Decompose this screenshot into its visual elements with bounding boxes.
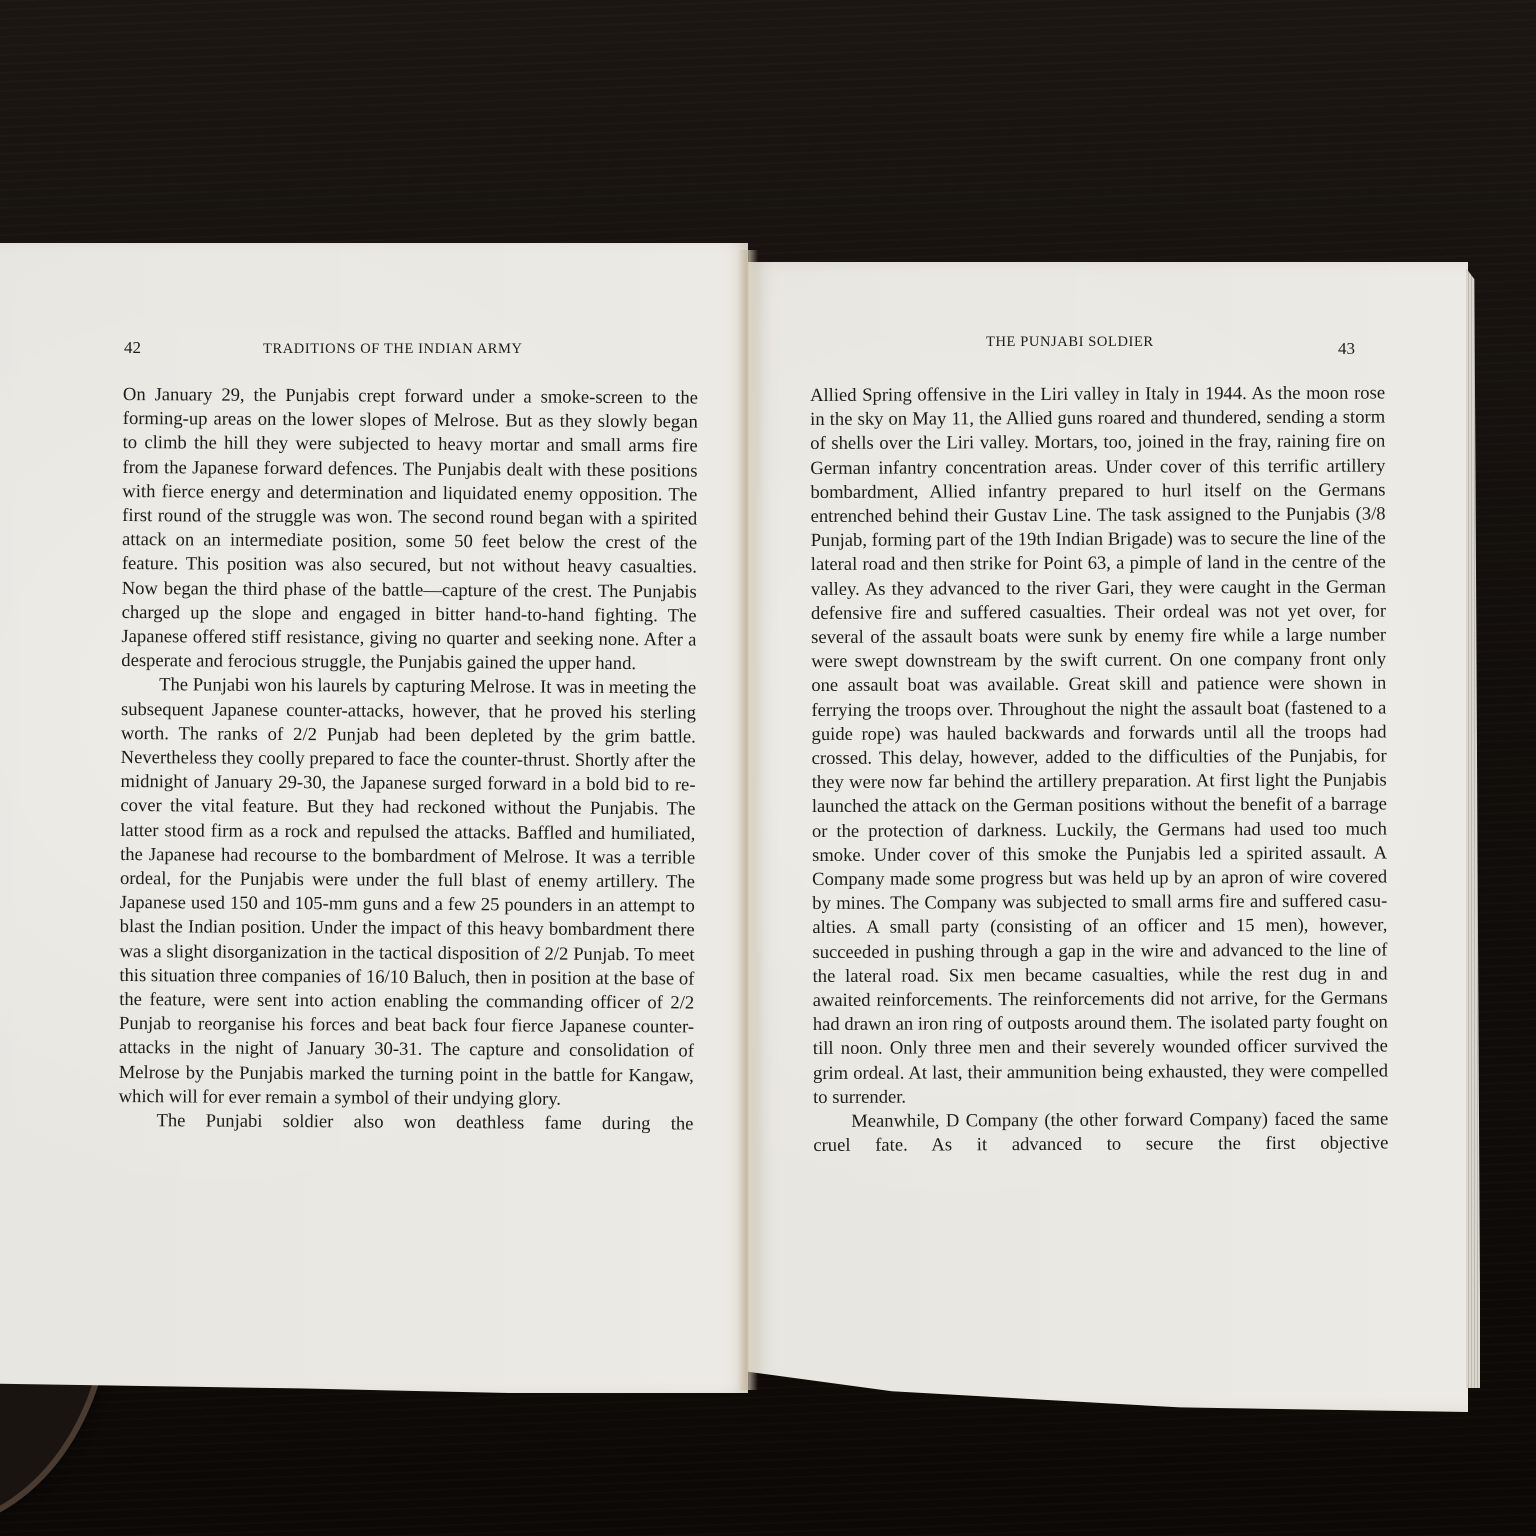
paragraph: On January 29, the Punjabis crept forwar… xyxy=(121,383,698,677)
right-page: THE PUNJABI SOLDIER 43 Allied Spring off… xyxy=(748,262,1468,1412)
left-page-body: On January 29, the Punjabis crept forwar… xyxy=(118,383,698,1137)
paragraph: The Punjabi won his laurels by capturing… xyxy=(119,673,697,1112)
left-running-head: TRADITIONS OF THE INDIAN ARMY xyxy=(263,341,523,358)
open-book: 42 TRADITIONS OF THE INDIAN ARMY On Janu… xyxy=(0,0,1536,1536)
right-page-number: 43 xyxy=(1338,339,1355,359)
left-page: 42 TRADITIONS OF THE INDIAN ARMY On Janu… xyxy=(0,243,748,1393)
paragraph: Allied Spring offensive in the Liri vall… xyxy=(810,381,1388,1110)
paragraph: Meanwhile, D Company (the other forward … xyxy=(813,1108,1388,1159)
page-edges xyxy=(1466,268,1480,1388)
paragraph: The Punjabi soldier also won deathless f… xyxy=(118,1109,693,1137)
right-page-body: Allied Spring offensive in the Liri vall… xyxy=(810,381,1388,1158)
left-page-number: 42 xyxy=(124,338,141,358)
right-running-head: THE PUNJABI SOLDIER xyxy=(986,334,1154,351)
